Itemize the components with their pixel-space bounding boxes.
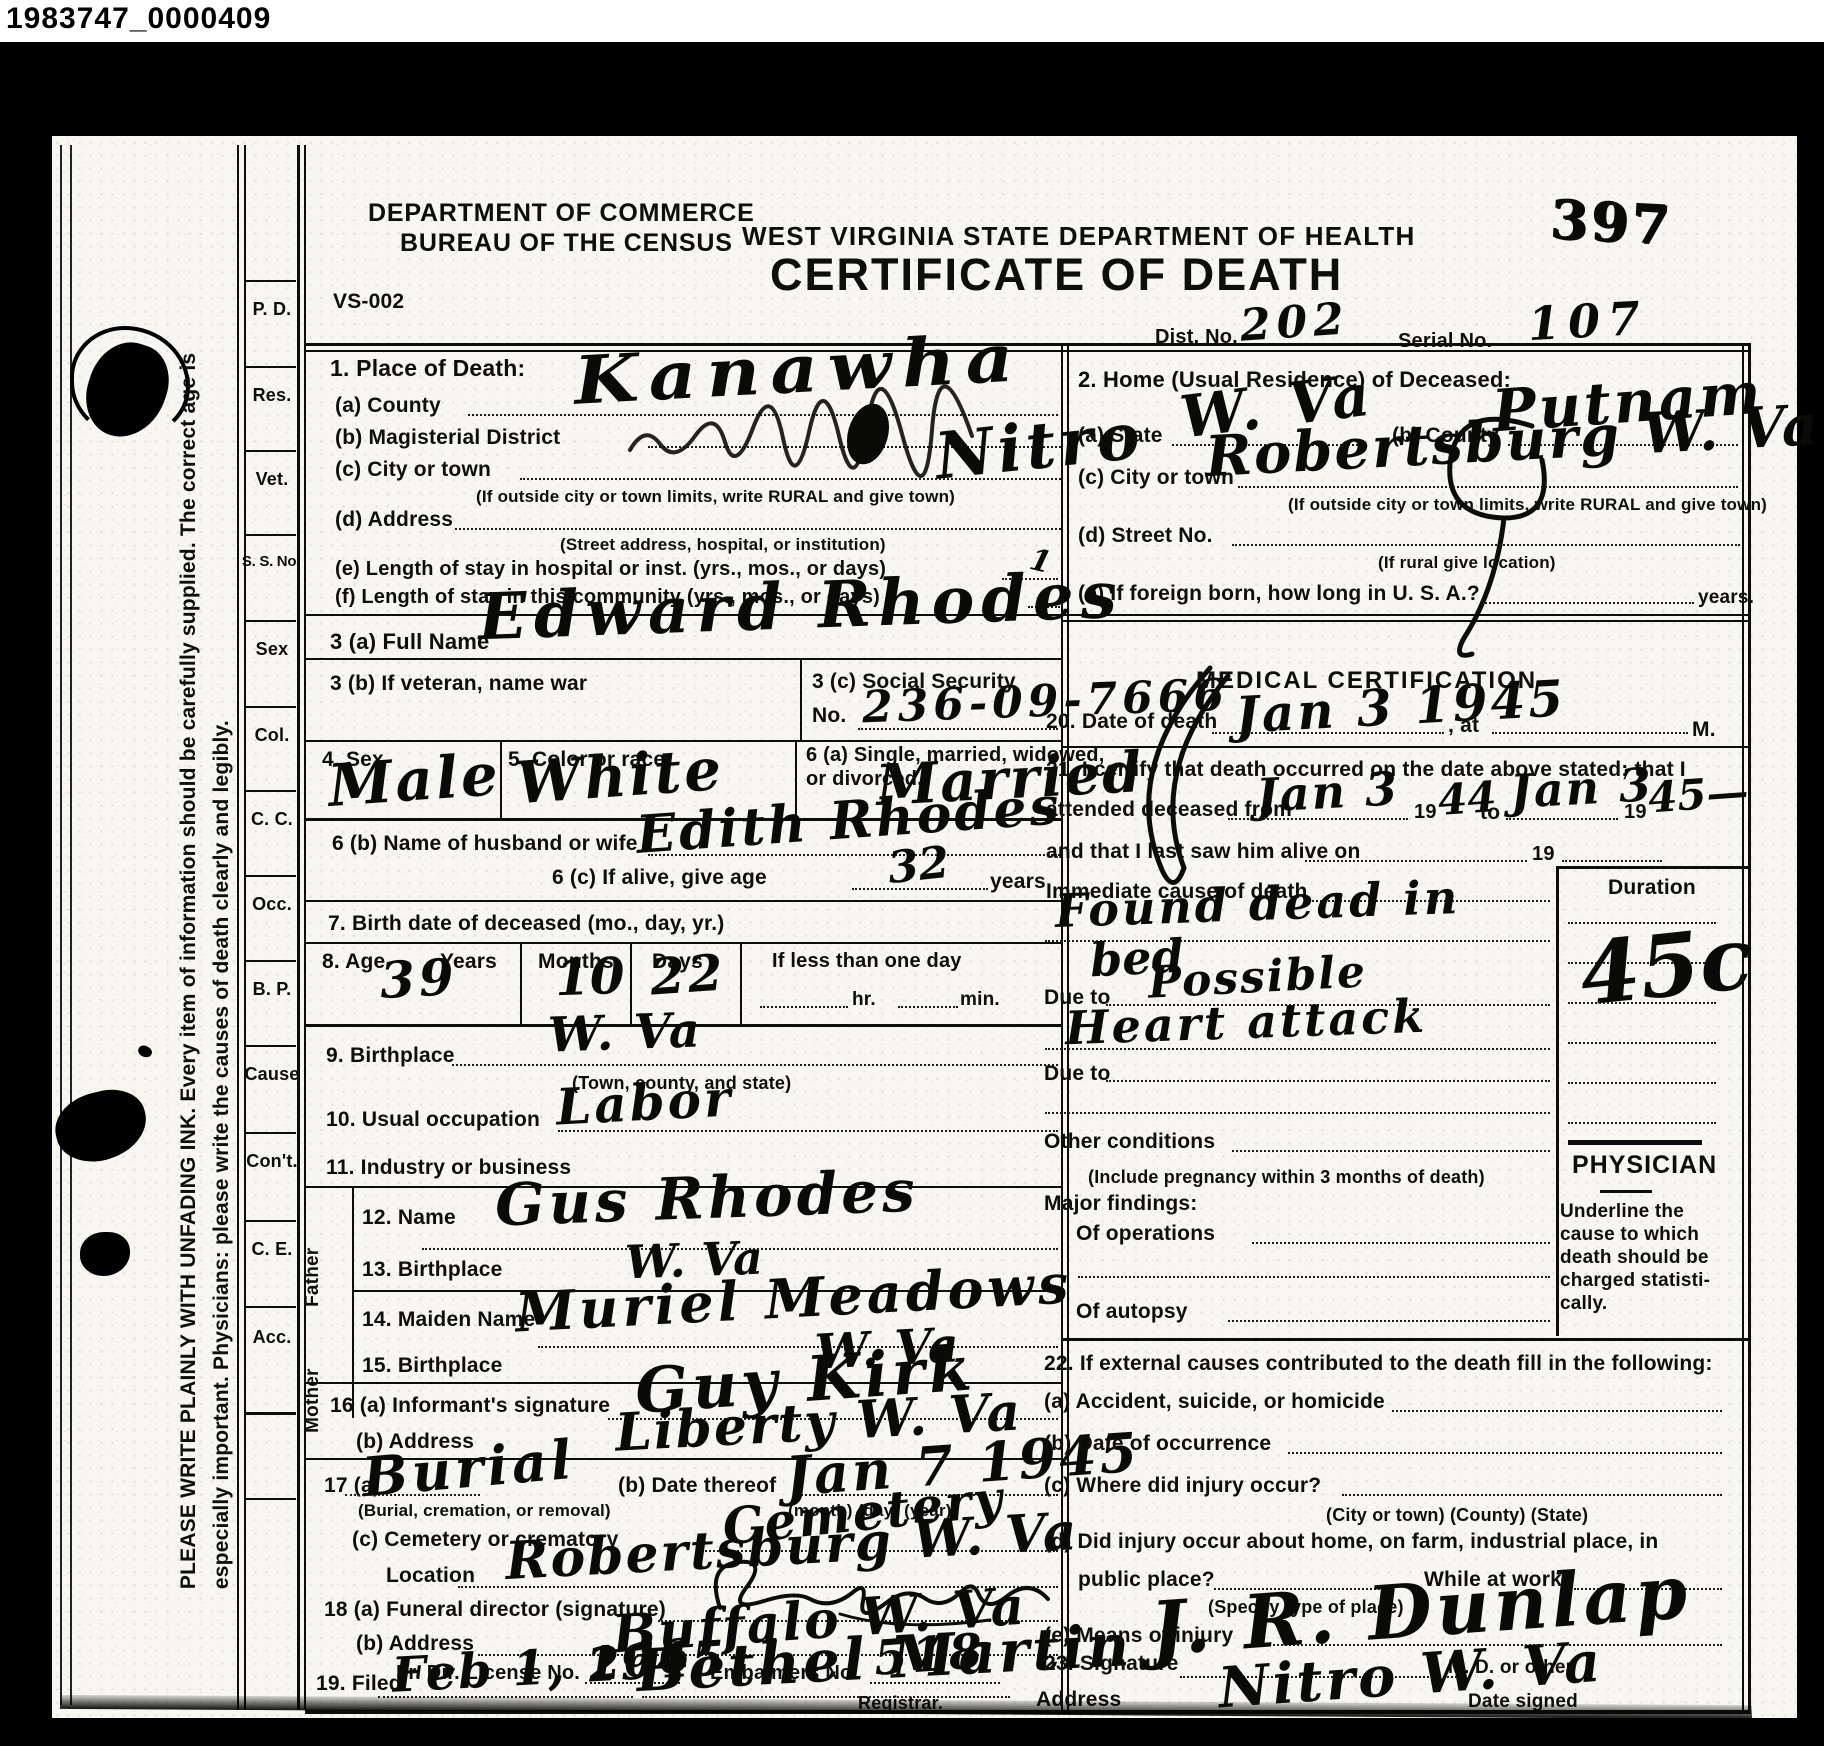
rule (1061, 1338, 1748, 1341)
place-of-death-title: 1. Place of Death: (330, 356, 525, 381)
side-label: Res. (243, 386, 301, 406)
serial-no-label: Serial No. (1398, 330, 1492, 352)
pod-county-label: (a) County (335, 394, 441, 417)
strip-rail (244, 145, 246, 1710)
dotted-line (1238, 486, 1738, 488)
of-operations-label: Of operations (1076, 1222, 1215, 1245)
age-less-label: If less than one day (772, 950, 962, 972)
rule (740, 942, 742, 1024)
dotted-line (1106, 1080, 1550, 1082)
dotted-line (452, 1064, 1058, 1066)
dotted-line (1482, 602, 1694, 604)
date-of-death-m: M. (1692, 718, 1716, 741)
rule (305, 658, 1061, 660)
dotted-line (1568, 1122, 1716, 1124)
dist-no-value: 202 (1239, 299, 1351, 346)
side-label: Col. (243, 726, 301, 746)
scan-header-strip: 1983747_0000409 (0, 0, 1824, 42)
state-health-line: WEST VIRGINIA STATE DEPARTMENT OF HEALTH (742, 222, 1415, 251)
pod-district-label: (b) Magisterial District (335, 426, 560, 449)
dotted-line (1342, 1494, 1722, 1496)
last-saw-19: 19 (1532, 843, 1555, 865)
strip-separator (246, 366, 296, 368)
injury-where-label: (c) Where did injury occur? (1044, 1474, 1321, 1497)
mother-maiden-label: 14. Maiden Name (362, 1308, 535, 1331)
dotted-line (898, 1006, 958, 1008)
sex-value: Male (326, 748, 502, 812)
dotted-line (1232, 1150, 1550, 1152)
scanned-death-certificate-page: 1983747_0000409 PLEASE WRITE PLAINLY WIT… (0, 0, 1824, 1746)
occupation-label: 10. Usual occupation (326, 1108, 540, 1131)
res-foreign-suffix: years. (1698, 588, 1754, 609)
strip-separator (246, 1306, 296, 1308)
duration-value: 45c (1576, 919, 1755, 1014)
date-of-death-value: Jan 3 1945 (1234, 675, 1567, 737)
rule (1742, 343, 1744, 1712)
side-label: B. P. (243, 980, 301, 1000)
dotted-line (760, 1006, 848, 1008)
strip-separator (246, 1498, 296, 1500)
strip-separator (246, 1132, 296, 1134)
pod-address-hint: (Street address, hospital, or institutio… (560, 536, 886, 555)
age-hr-label: hr. (852, 990, 876, 1011)
dotted-line (1568, 1082, 1716, 1084)
rule (520, 942, 522, 1024)
father-name-label: 12. Name (362, 1206, 456, 1229)
injury-where-hint: (City or town) (County) (State) (1326, 1506, 1588, 1526)
pen-flourish (1100, 660, 1250, 900)
rule (305, 900, 1061, 902)
side-label: S. S. No. (240, 554, 302, 571)
strip-separator (246, 280, 296, 282)
pod-city-label: (c) City or town (335, 458, 491, 481)
strip-separator (246, 450, 296, 452)
side-label: P. D. (243, 300, 301, 320)
burial-type-hint: (Burial, cremation, or removal) (358, 1502, 611, 1521)
strip-rail (304, 145, 306, 1710)
due-to-2-label: Due to (1044, 1062, 1111, 1085)
strip-rail (237, 145, 239, 1710)
dotted-line (1045, 1048, 1550, 1050)
side-label: C. C. (243, 810, 301, 830)
injury-place-label: (d) Did injury occur about home, on farm… (1044, 1530, 1658, 1553)
strip-separator (246, 1220, 296, 1222)
father-birthplace-label: 13. Birthplace (362, 1258, 503, 1281)
side-label: Vet. (243, 470, 301, 490)
strip-separator (246, 1045, 296, 1047)
duration-label: Duration (1608, 876, 1696, 899)
spouse-label: 6 (b) Name of husband or wife (332, 832, 638, 855)
physician-note: Underline the cause to which death shoul… (1560, 1200, 1742, 1315)
dotted-line (1045, 1112, 1550, 1114)
dotted-line (1492, 732, 1688, 734)
dotted-line (1562, 860, 1662, 862)
form-code: VS-002 (333, 290, 404, 313)
strip-separator (246, 706, 296, 708)
dotted-line (1305, 860, 1527, 862)
immediate-cause-value-1: Found dead in (1054, 877, 1460, 933)
margin-instruction-line-2: especially important. Physicians: please… (210, 720, 233, 1589)
page-marker-handwritten: 397 (1549, 195, 1673, 250)
burial-type-value: Burial (360, 1435, 577, 1502)
cemetery-location-label: Location (386, 1564, 475, 1587)
age-label: 8. Age (322, 950, 385, 973)
strip-separator (246, 790, 296, 792)
side-label: Cause (243, 1065, 301, 1085)
pregnancy-hint: (Include pregnancy within 3 months of de… (1088, 1168, 1485, 1188)
ssn-no-label: No. (812, 704, 846, 727)
rule (1748, 343, 1751, 1712)
age-days-value: 22 (649, 949, 728, 999)
res-rural-hint: (If outside city or town limits, write R… (1288, 496, 1767, 515)
dept-line-2: BUREAU OF THE CENSUS (400, 230, 733, 258)
attended-from-value: Jan 3 (1255, 768, 1400, 817)
occupation-value: Labor (555, 1075, 734, 1129)
full-name-label: 3 (a) Full Name (330, 630, 489, 654)
birthplace-label: 9. Birthplace (326, 1044, 455, 1067)
date-of-death-at: , at (1448, 714, 1479, 737)
father-group-label: Father (303, 1248, 324, 1307)
rule (1061, 620, 1748, 622)
dotted-line (1288, 1452, 1722, 1454)
res-street-label: (d) Street No. (1078, 524, 1213, 547)
rule (1556, 866, 1748, 869)
rule (1568, 1140, 1702, 1145)
side-label: Occ. (243, 895, 301, 915)
strip-separator (246, 960, 296, 962)
rule (305, 942, 1061, 944)
filed-label: 19. Filed (316, 1672, 402, 1695)
side-label: C. E. (243, 1240, 301, 1260)
accident-label: (a) Accident, suicide, or homicide (1044, 1390, 1385, 1413)
other-conditions-label: Other conditions (1044, 1130, 1215, 1153)
attended-to-label: to (1480, 801, 1500, 824)
veteran-label: 3 (b) If veteran, name war (330, 672, 587, 695)
informant-signature-label: 16 (a) Informant's signature (330, 1394, 610, 1417)
birthplace-value: W. Va (547, 1009, 702, 1058)
serial-no-value: 107 (1527, 298, 1649, 346)
dotted-line (1252, 1242, 1550, 1244)
full-name-value: Edward Rhodes (477, 567, 1124, 647)
res-rural-loc-hint: (If rural give location) (1378, 554, 1556, 573)
strip-separator (246, 1412, 296, 1415)
age-years-value: 39 (379, 954, 459, 1003)
mother-birthplace-label: 15. Birthplace (362, 1354, 503, 1377)
margin-instruction-line-1: PLEASE WRITE PLAINLY WITH UNFADING INK. … (177, 353, 200, 1589)
external-causes-label: 22. If external causes contributed to th… (1044, 1352, 1713, 1375)
rule (305, 350, 1748, 352)
due-to-1-value-2: Heart attack (1064, 996, 1427, 1050)
spouse-age-label: 6 (c) If alive, give age (552, 866, 767, 889)
birthdate-label: 7. Birth date of deceased (mo., day, yr.… (328, 912, 724, 935)
dept-line-1: DEPARTMENT OF COMMERCE (368, 200, 755, 228)
dotted-line (1228, 1320, 1550, 1322)
paper-edge-line (60, 145, 62, 1705)
mother-group-label: Mother (303, 1368, 324, 1433)
certificate-title: CERTIFICATE OF DEATH (770, 250, 1343, 300)
dotted-line (345, 1494, 480, 1496)
strip-separator (246, 534, 296, 536)
rule (500, 740, 502, 818)
dotted-line (1078, 1276, 1550, 1278)
strip-rail (297, 145, 300, 1710)
side-label: Con't. (243, 1152, 301, 1172)
dotted-line (455, 528, 1061, 530)
dotted-line (1568, 1042, 1716, 1044)
strip-separator (246, 875, 296, 877)
attended-19b: 19 (1624, 801, 1647, 823)
side-label: Sex (243, 640, 301, 660)
scan-filename: 1983747_0000409 (6, 2, 271, 36)
spouse-age-value: 32 (886, 843, 951, 889)
pod-rural-hint: (If outside city or town limits, write R… (476, 488, 955, 507)
spouse-age-suffix: years (990, 870, 1046, 893)
major-findings-label: Major findings: (1044, 1192, 1198, 1215)
strip-separator (246, 620, 296, 622)
age-months-value: 10 (554, 953, 625, 1000)
age-min-label: min. (960, 990, 1000, 1011)
dotted-line (1232, 544, 1740, 546)
father-name-value: Gus Rhodes (494, 1165, 919, 1232)
of-autopsy-label: Of autopsy (1076, 1300, 1188, 1323)
dotted-line (1392, 1410, 1722, 1412)
rule (800, 658, 802, 740)
pod-address-label: (d) Address (335, 508, 453, 531)
occurrence-date-label: (b) Date of occurrence (1044, 1432, 1271, 1455)
res-state-label: (a) State (1078, 424, 1163, 447)
rule (305, 343, 1748, 346)
race-value: White (514, 743, 725, 810)
dotted-line (1506, 818, 1618, 820)
attended-to-year: 45— (1647, 773, 1750, 818)
rule (1556, 866, 1559, 1336)
side-label: Acc. (243, 1328, 301, 1348)
rule (1600, 1190, 1652, 1193)
physician-title: PHYSICIAN (1572, 1152, 1717, 1180)
res-foreign-label: (e) If foreign born, how long in U. S. A… (1078, 582, 1480, 605)
attended-19a: 19 (1414, 801, 1437, 823)
